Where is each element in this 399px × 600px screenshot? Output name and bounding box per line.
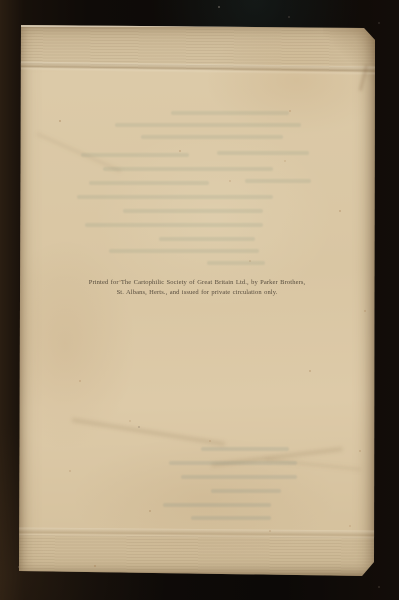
imprint-text: Printed for The Cartophilic Society of G… bbox=[19, 278, 375, 297]
photo-background: Printed for The Cartophilic Society of G… bbox=[0, 0, 399, 600]
imprint-line-2: St. Albans, Herts., and issued for priva… bbox=[19, 288, 375, 298]
foxing-speckles bbox=[19, 25, 375, 576]
paper-page: Printed for The Cartophilic Society of G… bbox=[19, 25, 375, 576]
imprint-line-1: Printed for The Cartophilic Society of G… bbox=[19, 278, 375, 288]
